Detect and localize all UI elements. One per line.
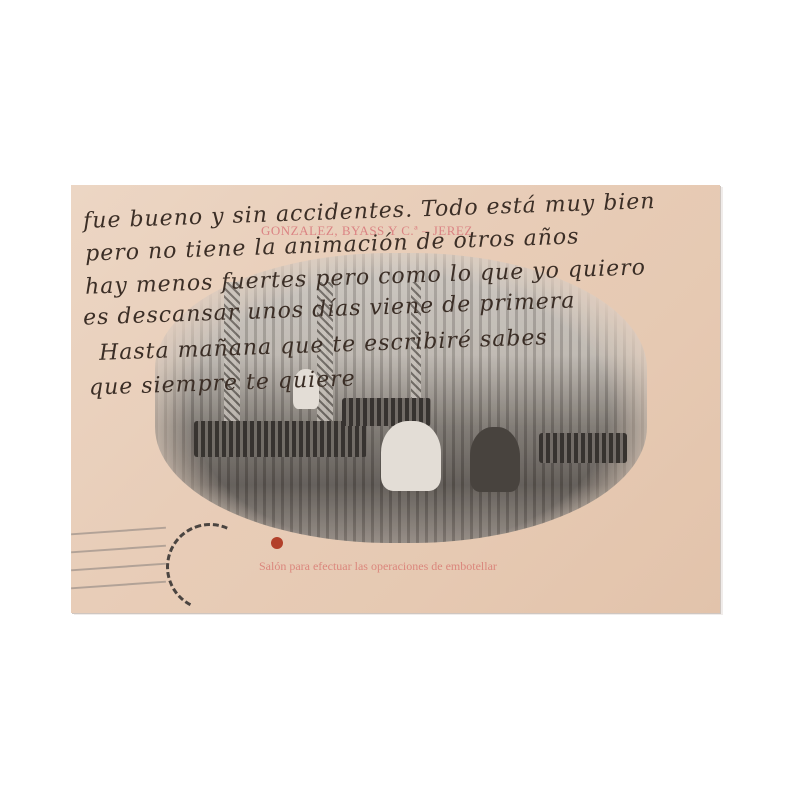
postcard: GONZALEZ, BYASS Y C.ª – JEREZ Salón para… <box>71 185 720 613</box>
handwritten-message: fue bueno y sin accidentes. Todo está mu… <box>71 185 720 613</box>
handwriting-line: que siempre te quiere <box>89 366 356 400</box>
handwriting-line: Hasta mañana que te escribiré sabes <box>99 325 548 366</box>
